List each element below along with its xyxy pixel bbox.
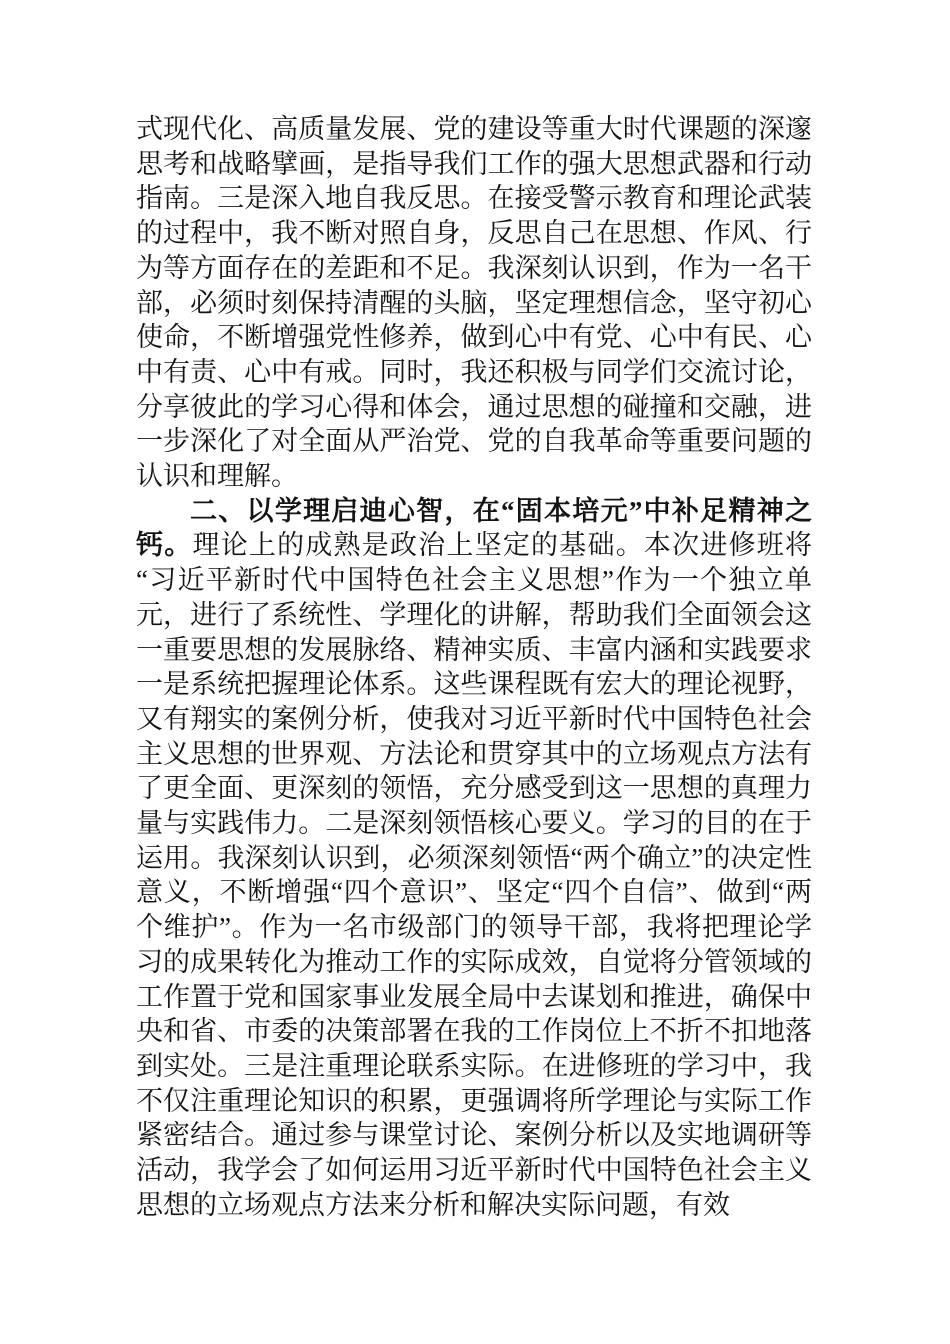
- document-text-block: 式现代化、高质量发展、党的建设等重大时代课题的深邃思考和战略擘画，是指导我们工作…: [136, 112, 812, 1223]
- document-page: 式现代化、高质量发展、党的建设等重大时代课题的深邃思考和战略擘画，是指导我们工作…: [0, 0, 950, 1344]
- section-two-paragraph: 二、以学理启迪心智，在“固本培元”中补足精神之钙。理论上的成熟是政治上坚定的基础…: [136, 494, 812, 1223]
- section-body-text: 理论上的成熟是政治上坚定的基础。本次进修班将“习近平新时代中国特色社会主义思想”…: [136, 530, 812, 1219]
- paragraph-continuation: 式现代化、高质量发展、党的建设等重大时代课题的深邃思考和战略擘画，是指导我们工作…: [136, 112, 812, 494]
